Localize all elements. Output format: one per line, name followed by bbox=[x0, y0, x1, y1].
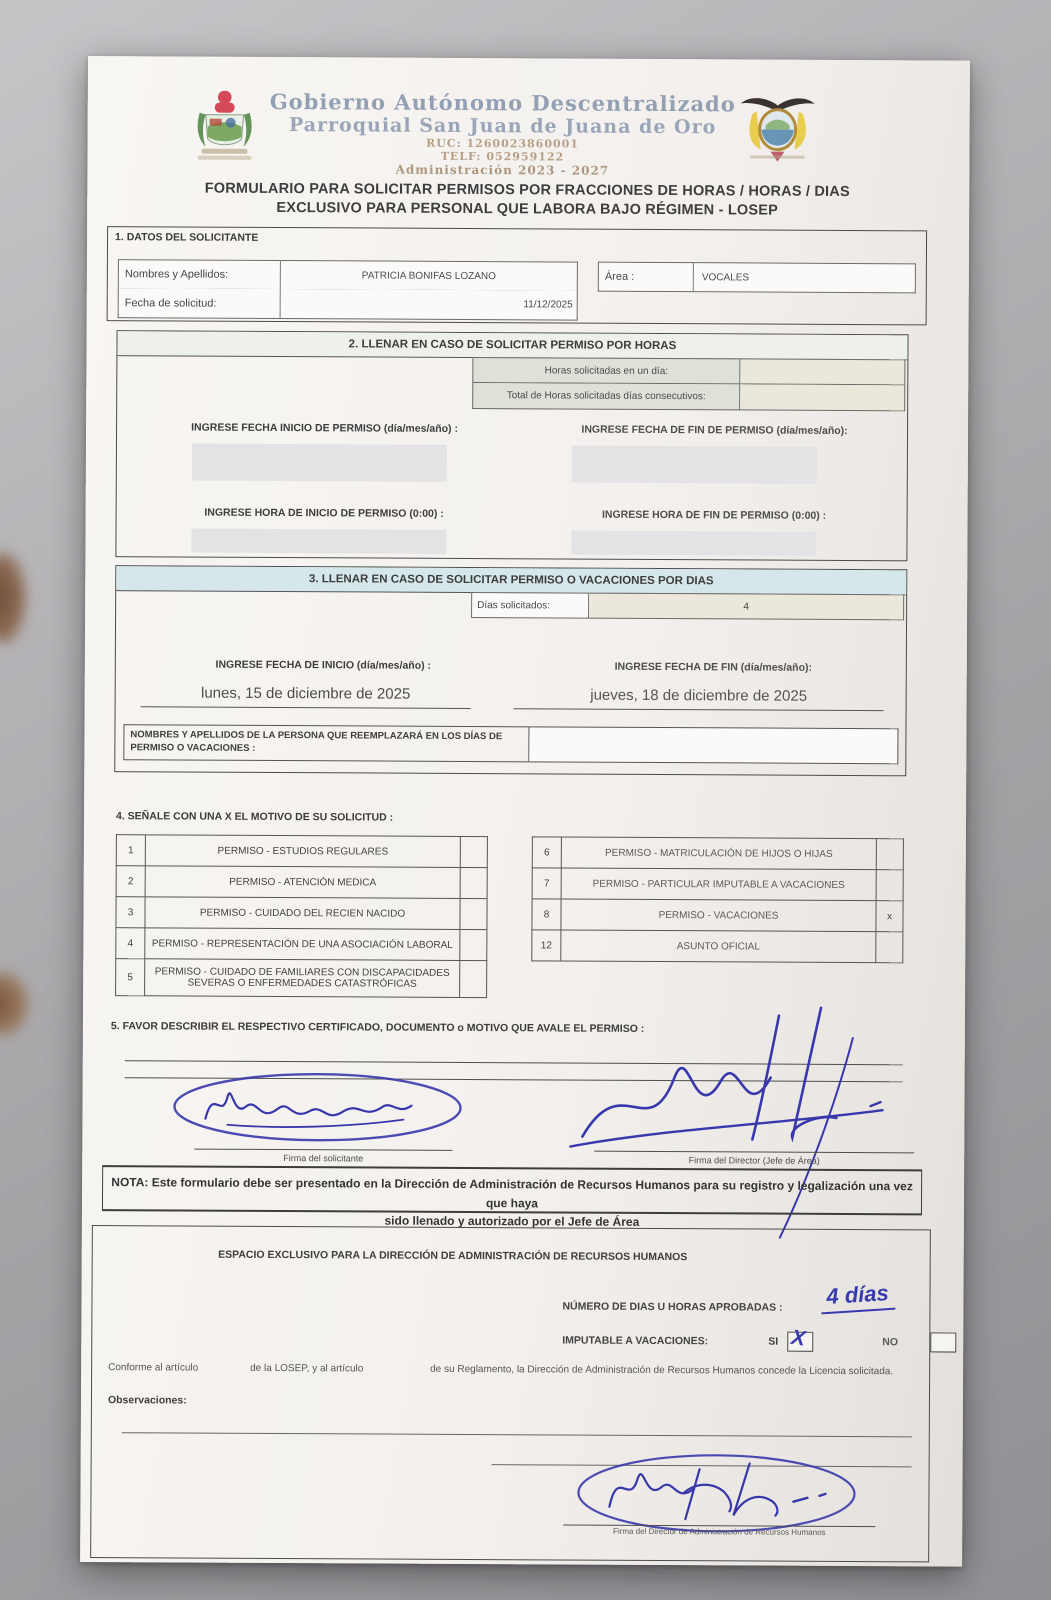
motivo-num: 12 bbox=[532, 930, 561, 961]
observaciones-line bbox=[122, 1432, 912, 1437]
motivo-row-6: 6 PERMISO - MATRICULACIÓN DE HIJOS O HIJ… bbox=[532, 837, 903, 870]
form-title-line1: FORMULARIO PARA SOLICITAR PERMISOS POR F… bbox=[147, 180, 907, 200]
motivo-num: 6 bbox=[532, 837, 561, 868]
motivo-mark-cell bbox=[460, 929, 487, 960]
motivo-num: 5 bbox=[116, 959, 145, 996]
imputable-si-mark: X bbox=[790, 1326, 807, 1352]
fecha-fin-value: jueves, 18 de diciembre de 2025 bbox=[514, 686, 884, 711]
motivo-num: 4 bbox=[116, 928, 145, 959]
org-name-line2: Parroquial San Juan de Juana de Oro bbox=[238, 114, 768, 139]
motivo-row-12: 12 ASUNTO OFICIAL bbox=[532, 930, 903, 963]
hora-inicio-permiso-label: INGRESE HORA DE INICIO DE PERMISO (0:00)… bbox=[152, 506, 497, 520]
descripcion-line-2 bbox=[125, 1077, 903, 1082]
photo-background: Gobierno Autónomo Descentralizado Parroq… bbox=[0, 0, 1051, 1600]
finger-smudge-bottom bbox=[0, 972, 28, 1036]
firma-director-line bbox=[594, 1151, 914, 1154]
motivo-mark-cell bbox=[460, 898, 487, 929]
org-name-line1: Gobierno Autónomo Descentralizado bbox=[238, 89, 768, 117]
motivo-mark-cell bbox=[876, 932, 903, 963]
motivo-label: ASUNTO OFICIAL bbox=[561, 930, 876, 963]
imputable-no-label: NO bbox=[882, 1336, 898, 1348]
motivo-num: 1 bbox=[116, 835, 145, 866]
motivo-label: PERMISO - ESTUDIOS REGULARES bbox=[145, 835, 460, 868]
motivo-mark-cell: x bbox=[876, 901, 903, 932]
fecha-inicio-value: lunes, 15 de diciembre de 2025 bbox=[141, 684, 471, 709]
motivo-row-2: 2 PERMISO - ATENCIÓN MEDICA bbox=[116, 866, 487, 899]
hora-fin-permiso-label: INGRESE HORA DE FIN DE PERMISO (0:00) : bbox=[542, 508, 887, 522]
hora-fin-permiso-input bbox=[571, 531, 816, 556]
conforme-articulo-2: de la LOSEP, y al artículo bbox=[250, 1363, 363, 1375]
descripcion-line-1 bbox=[125, 1060, 903, 1065]
nota-line1: NOTA: Este formulario debe ser presentad… bbox=[103, 1173, 921, 1214]
firma-solicitante-line bbox=[194, 1149, 452, 1151]
reemplazo-value bbox=[529, 726, 898, 764]
firma-director-label: Firma del Director (Jefe de Área) bbox=[594, 1155, 914, 1167]
section1-title: 1. DATOS DEL SOLICITANTE bbox=[115, 231, 258, 244]
nombres-label: Nombres y Apellidos: bbox=[118, 259, 281, 290]
conforme-articulo-3: de su Reglamento, la Dirección de Admini… bbox=[430, 1364, 920, 1378]
fecha-solicitud-label: Fecha de solicitud: bbox=[118, 288, 281, 319]
imputable-label: IMPUTABLE A VACACIONES: bbox=[562, 1335, 708, 1348]
imputable-no-checkbox bbox=[931, 1332, 957, 1352]
rrhh-line-2 bbox=[492, 1464, 912, 1467]
finger-smudge-top bbox=[0, 552, 26, 644]
fecha-fin-label: INGRESE FECHA DE FIN (día/mes/año): bbox=[541, 660, 886, 674]
motivo-row-7: 7 PERMISO - PARTICULAR IMPUTABLE A VACAC… bbox=[532, 868, 903, 901]
motivo-mark-cell bbox=[460, 867, 487, 898]
motivo-mark-cell bbox=[460, 960, 487, 997]
firma-solicitante-label: Firma del solicitante bbox=[194, 1153, 452, 1164]
section3-title: 3. LLENAR EN CASO DE SOLICITAR PERMISO O… bbox=[116, 566, 906, 595]
horas-un-dia-label: Horas solicitadas en un día: bbox=[472, 357, 740, 384]
motivo-label: PERMISO - CUIDADO DE FAMILIARES CON DISC… bbox=[145, 959, 460, 998]
section3-box: 3. LLENAR EN CASO DE SOLICITAR PERMISO O… bbox=[114, 565, 907, 776]
motivo-label: PERMISO - MATRICULACIÓN DE HIJOS O HIJAS bbox=[561, 837, 876, 870]
motivo-label: PERMISO - CUIDADO DEL RECIEN NACIDO bbox=[145, 897, 460, 930]
motivo-mark-cell bbox=[876, 870, 903, 901]
fecha-fin-permiso-input bbox=[572, 446, 817, 484]
section2-title: 2. LLENAR EN CASO DE SOLICITAR PERMISO P… bbox=[117, 331, 907, 360]
dias-solicitados-value: 4 bbox=[589, 593, 904, 621]
observaciones-label: Observaciones: bbox=[108, 1394, 187, 1406]
motivo-label: PERMISO - PARTICULAR IMPUTABLE A VACACIO… bbox=[561, 868, 876, 901]
dias-solicitados-label: Días solicitados: bbox=[471, 592, 589, 619]
motivo-row-5: 5 PERMISO - CUIDADO DE FAMILIARES CON DI… bbox=[116, 959, 487, 998]
rrhh-title: ESPACIO EXCLUSIVO PARA LA DIRECCIÓN DE A… bbox=[93, 1248, 813, 1264]
motivo-num: 3 bbox=[116, 897, 145, 928]
horas-consecutivos-value bbox=[740, 384, 905, 411]
section1-box: 1. DATOS DEL SOLICITANTE Nombres y Apell… bbox=[107, 226, 927, 325]
section2-box: 2. LLENAR EN CASO DE SOLICITAR PERMISO P… bbox=[115, 330, 908, 561]
rrhh-box: ESPACIO EXCLUSIVO PARA LA DIRECCIÓN DE A… bbox=[90, 1225, 931, 1562]
motivo-num: 8 bbox=[532, 899, 561, 930]
area-value: VOCALES bbox=[694, 262, 916, 293]
imputable-si-checkbox: X bbox=[787, 1332, 813, 1352]
motivo-table-left: 1 PERMISO - ESTUDIOS REGULARES 2 PERMISO… bbox=[115, 834, 488, 998]
section5-title: 5. FAVOR DESCRIBIR EL RESPECTIVO CERTIFI… bbox=[111, 1020, 644, 1035]
horas-consecutivos-label: Total de Horas solicitadas días consecut… bbox=[472, 383, 740, 410]
motivo-label: PERMISO - VACACIONES bbox=[561, 899, 876, 932]
area-label: Área : bbox=[598, 262, 694, 293]
ecuador-emblem-logo bbox=[732, 85, 822, 169]
dias-aprobadas-handwritten: 4 días bbox=[820, 1280, 896, 1315]
org-admin-period: Administración 2023 - 2027 bbox=[237, 162, 767, 179]
motivo-label: PERMISO - REPRESENTACIÓN DE UNA ASOCIACI… bbox=[145, 928, 460, 961]
conforme-articulo-1: Conforme al artículo bbox=[108, 1362, 198, 1373]
motivo-table-right: 6 PERMISO - MATRICULACIÓN DE HIJOS O HIJ… bbox=[531, 836, 904, 963]
fecha-inicio-permiso-input bbox=[192, 444, 447, 482]
nombres-value: PATRICIA BONIFAS LOZANO bbox=[281, 260, 578, 292]
motivo-num: 7 bbox=[532, 868, 561, 899]
motivo-row-4: 4 PERMISO - REPRESENTACIÓN DE UNA ASOCIA… bbox=[116, 928, 487, 961]
motivo-row-8: 8 PERMISO - VACACIONES x bbox=[532, 899, 903, 932]
motivo-mark-cell bbox=[876, 839, 903, 870]
motivo-label: PERMISO - ATENCIÓN MEDICA bbox=[145, 866, 460, 899]
section4-title: 4. SEÑALE CON UNA X EL MOTIVO DE SU SOLI… bbox=[116, 810, 393, 823]
fecha-inicio-label: INGRESE FECHA DE INICIO (día/mes/año) : bbox=[151, 658, 496, 672]
fecha-inicio-permiso-label: INGRESE FECHA INICIO DE PERMISO (día/mes… bbox=[152, 421, 497, 435]
imputable-si-label: SI bbox=[768, 1336, 778, 1348]
dias-aprobadas-label: NÚMERO DE DIAS U HORAS APROBADAS : bbox=[562, 1301, 782, 1314]
firma-rrhh-label: Firma del Director de Administración de … bbox=[553, 1526, 885, 1537]
fecha-solicitud-value: 11/12/2025 bbox=[281, 289, 578, 321]
motivo-mark-cell bbox=[460, 836, 487, 867]
motivo-row-1: 1 PERMISO - ESTUDIOS REGULARES bbox=[116, 835, 487, 868]
form-page: Gobierno Autónomo Descentralizado Parroq… bbox=[80, 56, 970, 1567]
hora-inicio-permiso-input bbox=[191, 529, 446, 554]
horas-un-dia-value bbox=[740, 358, 905, 385]
motivo-row-3: 3 PERMISO - CUIDADO DEL RECIEN NACIDO bbox=[116, 897, 487, 930]
reemplazo-label: NOMBRES Y APELLIDOS DE LA PERSONA QUE RE… bbox=[123, 724, 529, 762]
fecha-fin-permiso-label: INGRESE FECHA DE FIN DE PERMISO (día/mes… bbox=[542, 423, 887, 437]
form-title-line2: EXCLUSIVO PARA PERSONAL QUE LABORA BAJO … bbox=[147, 199, 907, 219]
motivo-num: 2 bbox=[116, 866, 145, 897]
nota-box: NOTA: Este formulario debe ser presentad… bbox=[102, 1165, 922, 1215]
